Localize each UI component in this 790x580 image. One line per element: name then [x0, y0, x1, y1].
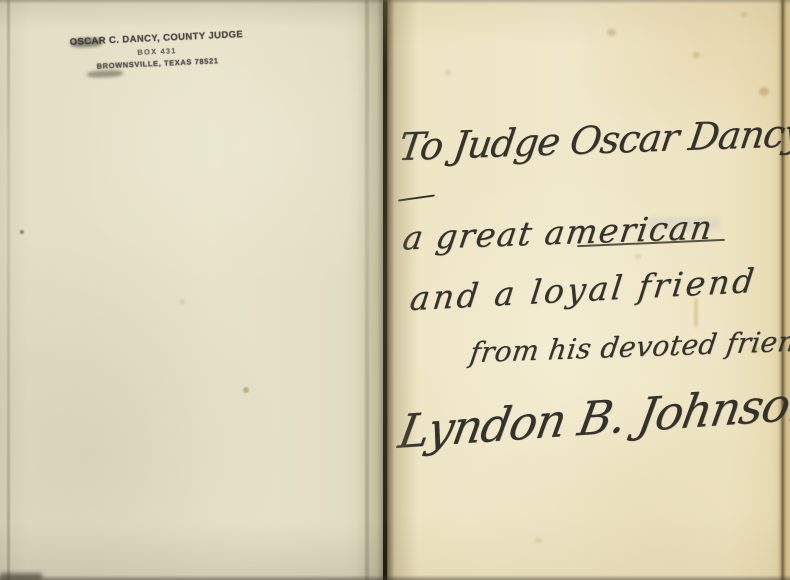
- open-book-photo: OSCAR C. DANCY, COUNTY JUDGE BOX 431 BRO…: [0, 0, 790, 580]
- ownership-stamp: OSCAR C. DANCY, COUNTY JUDGE BOX 431 BRO…: [69, 29, 244, 72]
- inscription-line-2: a great american: [400, 207, 716, 257]
- foxing-spot: [445, 70, 451, 75]
- foxing-spot: [635, 254, 641, 259]
- foxing-spot: [535, 538, 542, 543]
- paper-crease: [365, 0, 369, 580]
- foxing-spot: [180, 300, 185, 304]
- signature: Lyndon B. Johnson: [395, 375, 790, 459]
- inscription-line-1: To Judge Oscar Dancy: [396, 111, 790, 169]
- foxing-spot: [759, 87, 769, 96]
- photo-top-edge: [0, 0, 790, 4]
- page-edge: [777, 0, 790, 580]
- foxing-spot: [741, 12, 747, 17]
- inscription-line-3: and a loyal friend: [408, 261, 759, 318]
- left-endpaper-page: OSCAR C. DANCY, COUNTY JUDGE BOX 431 BRO…: [0, 0, 385, 580]
- inscription-line-4: from his devoted friend,: [468, 324, 790, 370]
- book-gutter-line: [383, 0, 387, 580]
- underline-stroke: [398, 194, 435, 201]
- foxing-spot: [607, 29, 616, 36]
- foxing-spot: [20, 230, 24, 234]
- foxing-spot: [693, 52, 700, 58]
- photo-bottom-corner-shadow: [0, 573, 42, 580]
- photo-bottom-edge: [0, 575, 790, 580]
- paper-crease: [7, 0, 10, 580]
- right-flyleaf-page: To Judge Oscar Dancy a great american an…: [385, 0, 790, 580]
- foxing-spot: [243, 387, 249, 393]
